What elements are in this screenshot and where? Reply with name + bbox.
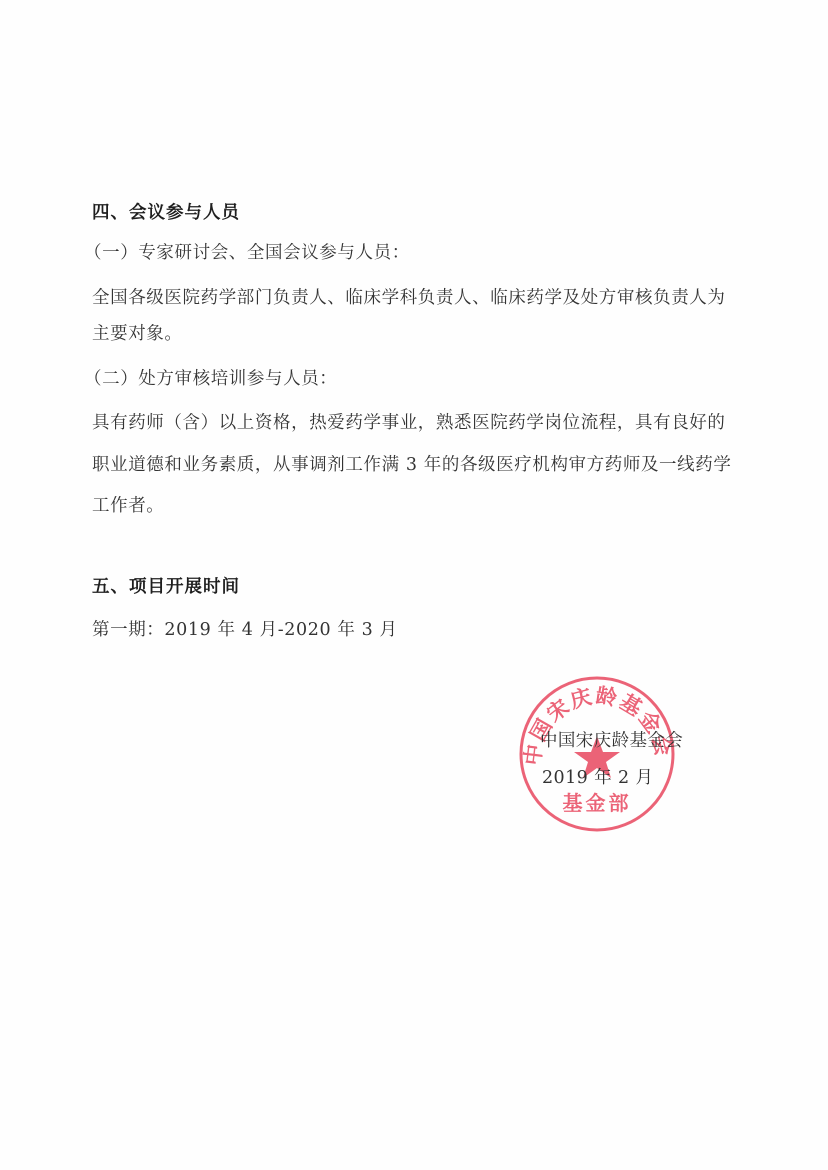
section-4-sub1-body-line2: 主要对象。: [92, 324, 183, 344]
section-4-sub2-body-line2: 职业道德和业务素质，从事调剂工作满 3 年的各级医疗机构审方药师及一线药学: [92, 455, 731, 475]
section-4-heading: 四、会议参与人员: [92, 203, 240, 223]
official-seal-icon: 中国宋庆龄基金会 基金部: [517, 674, 677, 834]
section-4-sub2-body-line3: 工作者。: [92, 496, 164, 516]
section-4-sub1-label: （一）专家研讨会、全国会议参与人员：: [84, 243, 410, 263]
section-5-heading: 五、项目开展时间: [92, 577, 240, 597]
signature-organization: 中国宋庆龄基金会: [540, 731, 683, 751]
section-4-sub2-label: （二）处方审核培训参与人员：: [84, 369, 337, 389]
signature-date: 2019 年 2 月: [542, 768, 653, 788]
section-5-body: 第一期：2019 年 4 月-2020 年 3 月: [92, 620, 398, 640]
section-4-sub1-body-line1: 全国各级医院药学部门负责人、临床学科负责人、临床药学及处方审核负责人为: [92, 288, 726, 308]
svg-text:基金部: 基金部: [563, 791, 632, 815]
document-page: 四、会议参与人员 （一）专家研讨会、全国会议参与人员： 全国各级医院药学部门负责…: [0, 0, 828, 1170]
section-4-sub2-body-line1: 具有药师（含）以上资格，热爱药学事业，熟悉医院药学岗位流程，具有良好的: [92, 413, 726, 433]
